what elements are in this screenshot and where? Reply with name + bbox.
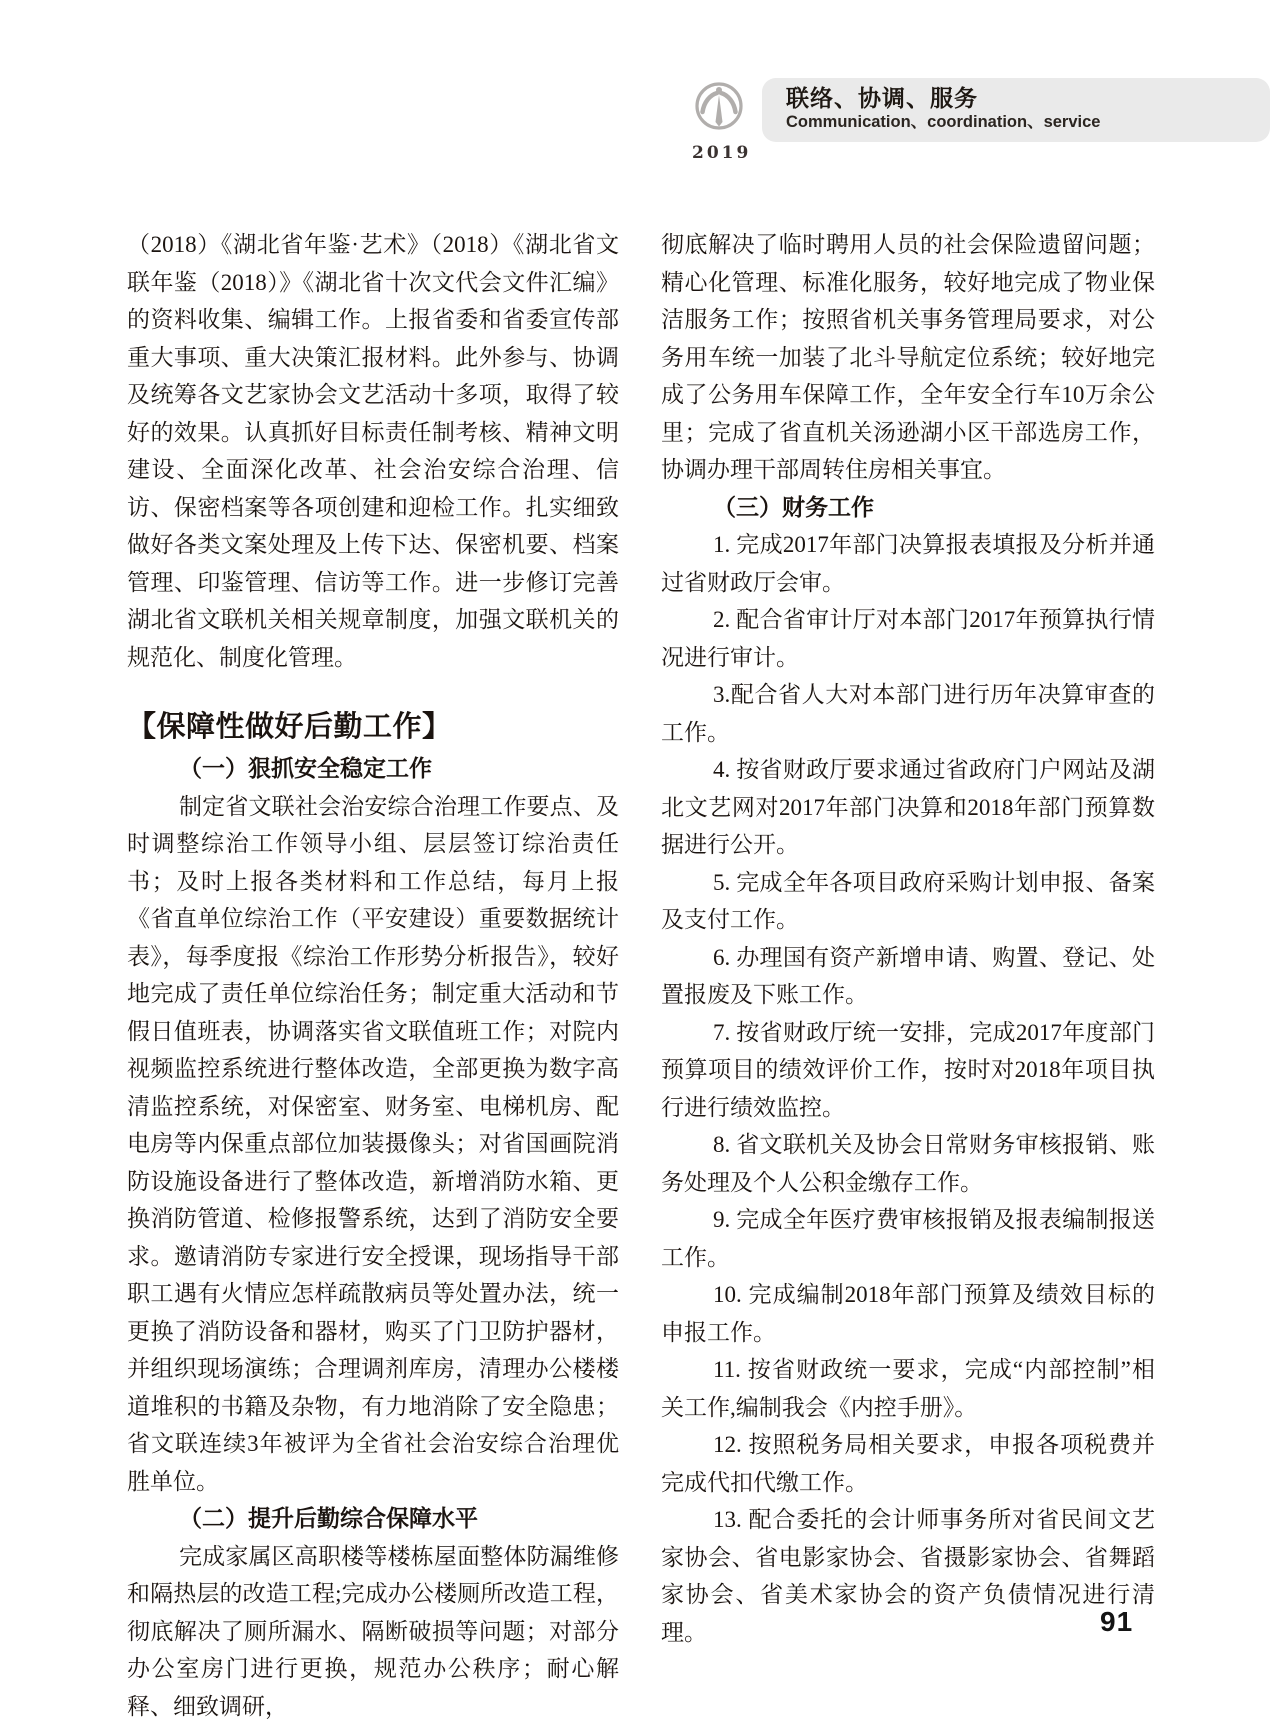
list-item: 12. 按照税务局相关要求，申报各项税费并完成代扣代缴工作。 xyxy=(661,1426,1155,1501)
header-banner: 联络、协调、服务 Communication、coordination、serv… xyxy=(762,78,1270,142)
wenlian-emblem-icon xyxy=(693,78,745,136)
subsection-heading: （一）狠抓安全稳定工作 xyxy=(127,750,619,788)
list-item: 10. 完成编制2018年部门预算及绩效目标的申报工作。 xyxy=(661,1276,1155,1351)
paragraph: （2018）《湖北省年鉴·艺术》（2018）《湖北省文联年鉴（2018）》《湖北… xyxy=(127,226,619,676)
paragraph: 制定省文联社会治安综合治理工作要点、及时调整综治工作领导小组、层层签订综治责任书… xyxy=(127,788,619,1501)
section-heading: 【保障性做好后勤工作】 xyxy=(127,704,619,750)
left-column: （2018）《湖北省年鉴·艺术》（2018）《湖北省文联年鉴（2018）》《湖北… xyxy=(127,226,619,1719)
banner-title-cn: 联络、协调、服务 xyxy=(786,85,1270,112)
banner-title-en: Communication、coordination、service xyxy=(786,112,1270,133)
right-column: 彻底解决了临时聘用人员的社会保险遗留问题；精心化管理、标准化服务，较好地完成了物… xyxy=(661,226,1155,1651)
list-item: 13. 配合委托的会计师事务所对省民间文艺家协会、省电影家协会、省摄影家协会、省… xyxy=(661,1501,1155,1651)
paragraph: 完成家属区高职楼等楼栋屋面整体防漏维修和隔热层的改造工程;完成办公楼厕所改造工程… xyxy=(127,1538,619,1719)
document-page: 2019 联络、协调、服务 Communication、coordination… xyxy=(0,0,1276,1719)
list-item: 5. 完成全年各项目政府采购计划申报、备案及支付工作。 xyxy=(661,864,1155,939)
list-item: 4. 按省财政厅要求通过省政府门户网站及湖北文艺网对2017年部门决算和2018… xyxy=(661,751,1155,864)
subsection-heading: （二）提升后勤综合保障水平 xyxy=(127,1500,619,1538)
logo-year-label: 2019 xyxy=(692,143,746,163)
paragraph: 彻底解决了临时聘用人员的社会保险遗留问题；精心化管理、标准化服务，较好地完成了物… xyxy=(661,226,1155,489)
subsection-heading: （三）财务工作 xyxy=(661,489,1155,527)
list-item: 7. 按省财政厅统一安排，完成2017年度部门预算项目的绩效评价工作，按时对20… xyxy=(661,1014,1155,1127)
logo: 2019 xyxy=(692,78,746,163)
list-item: 1. 完成2017年部门决算报表填报及分析并通过省财政厅会审。 xyxy=(661,526,1155,601)
list-item: 6. 办理国有资产新增申请、购置、登记、处置报废及下账工作。 xyxy=(661,939,1155,1014)
page-number: 91 xyxy=(1100,1606,1133,1638)
list-item: 8. 省文联机关及协会日常财务审核报销、账务处理及个人公积金缴存工作。 xyxy=(661,1126,1155,1201)
list-item: 9. 完成全年医疗费审核报销及报表编制报送工作。 xyxy=(661,1201,1155,1276)
list-item: 11. 按省财政统一要求，完成“内部控制”相关工作,编制我会《内控手册》。 xyxy=(661,1351,1155,1426)
list-item: 3.配合省人大对本部门进行历年决算审查的工作。 xyxy=(661,676,1155,751)
list-item: 2. 配合省审计厅对本部门2017年预算执行情况进行审计。 xyxy=(661,601,1155,676)
